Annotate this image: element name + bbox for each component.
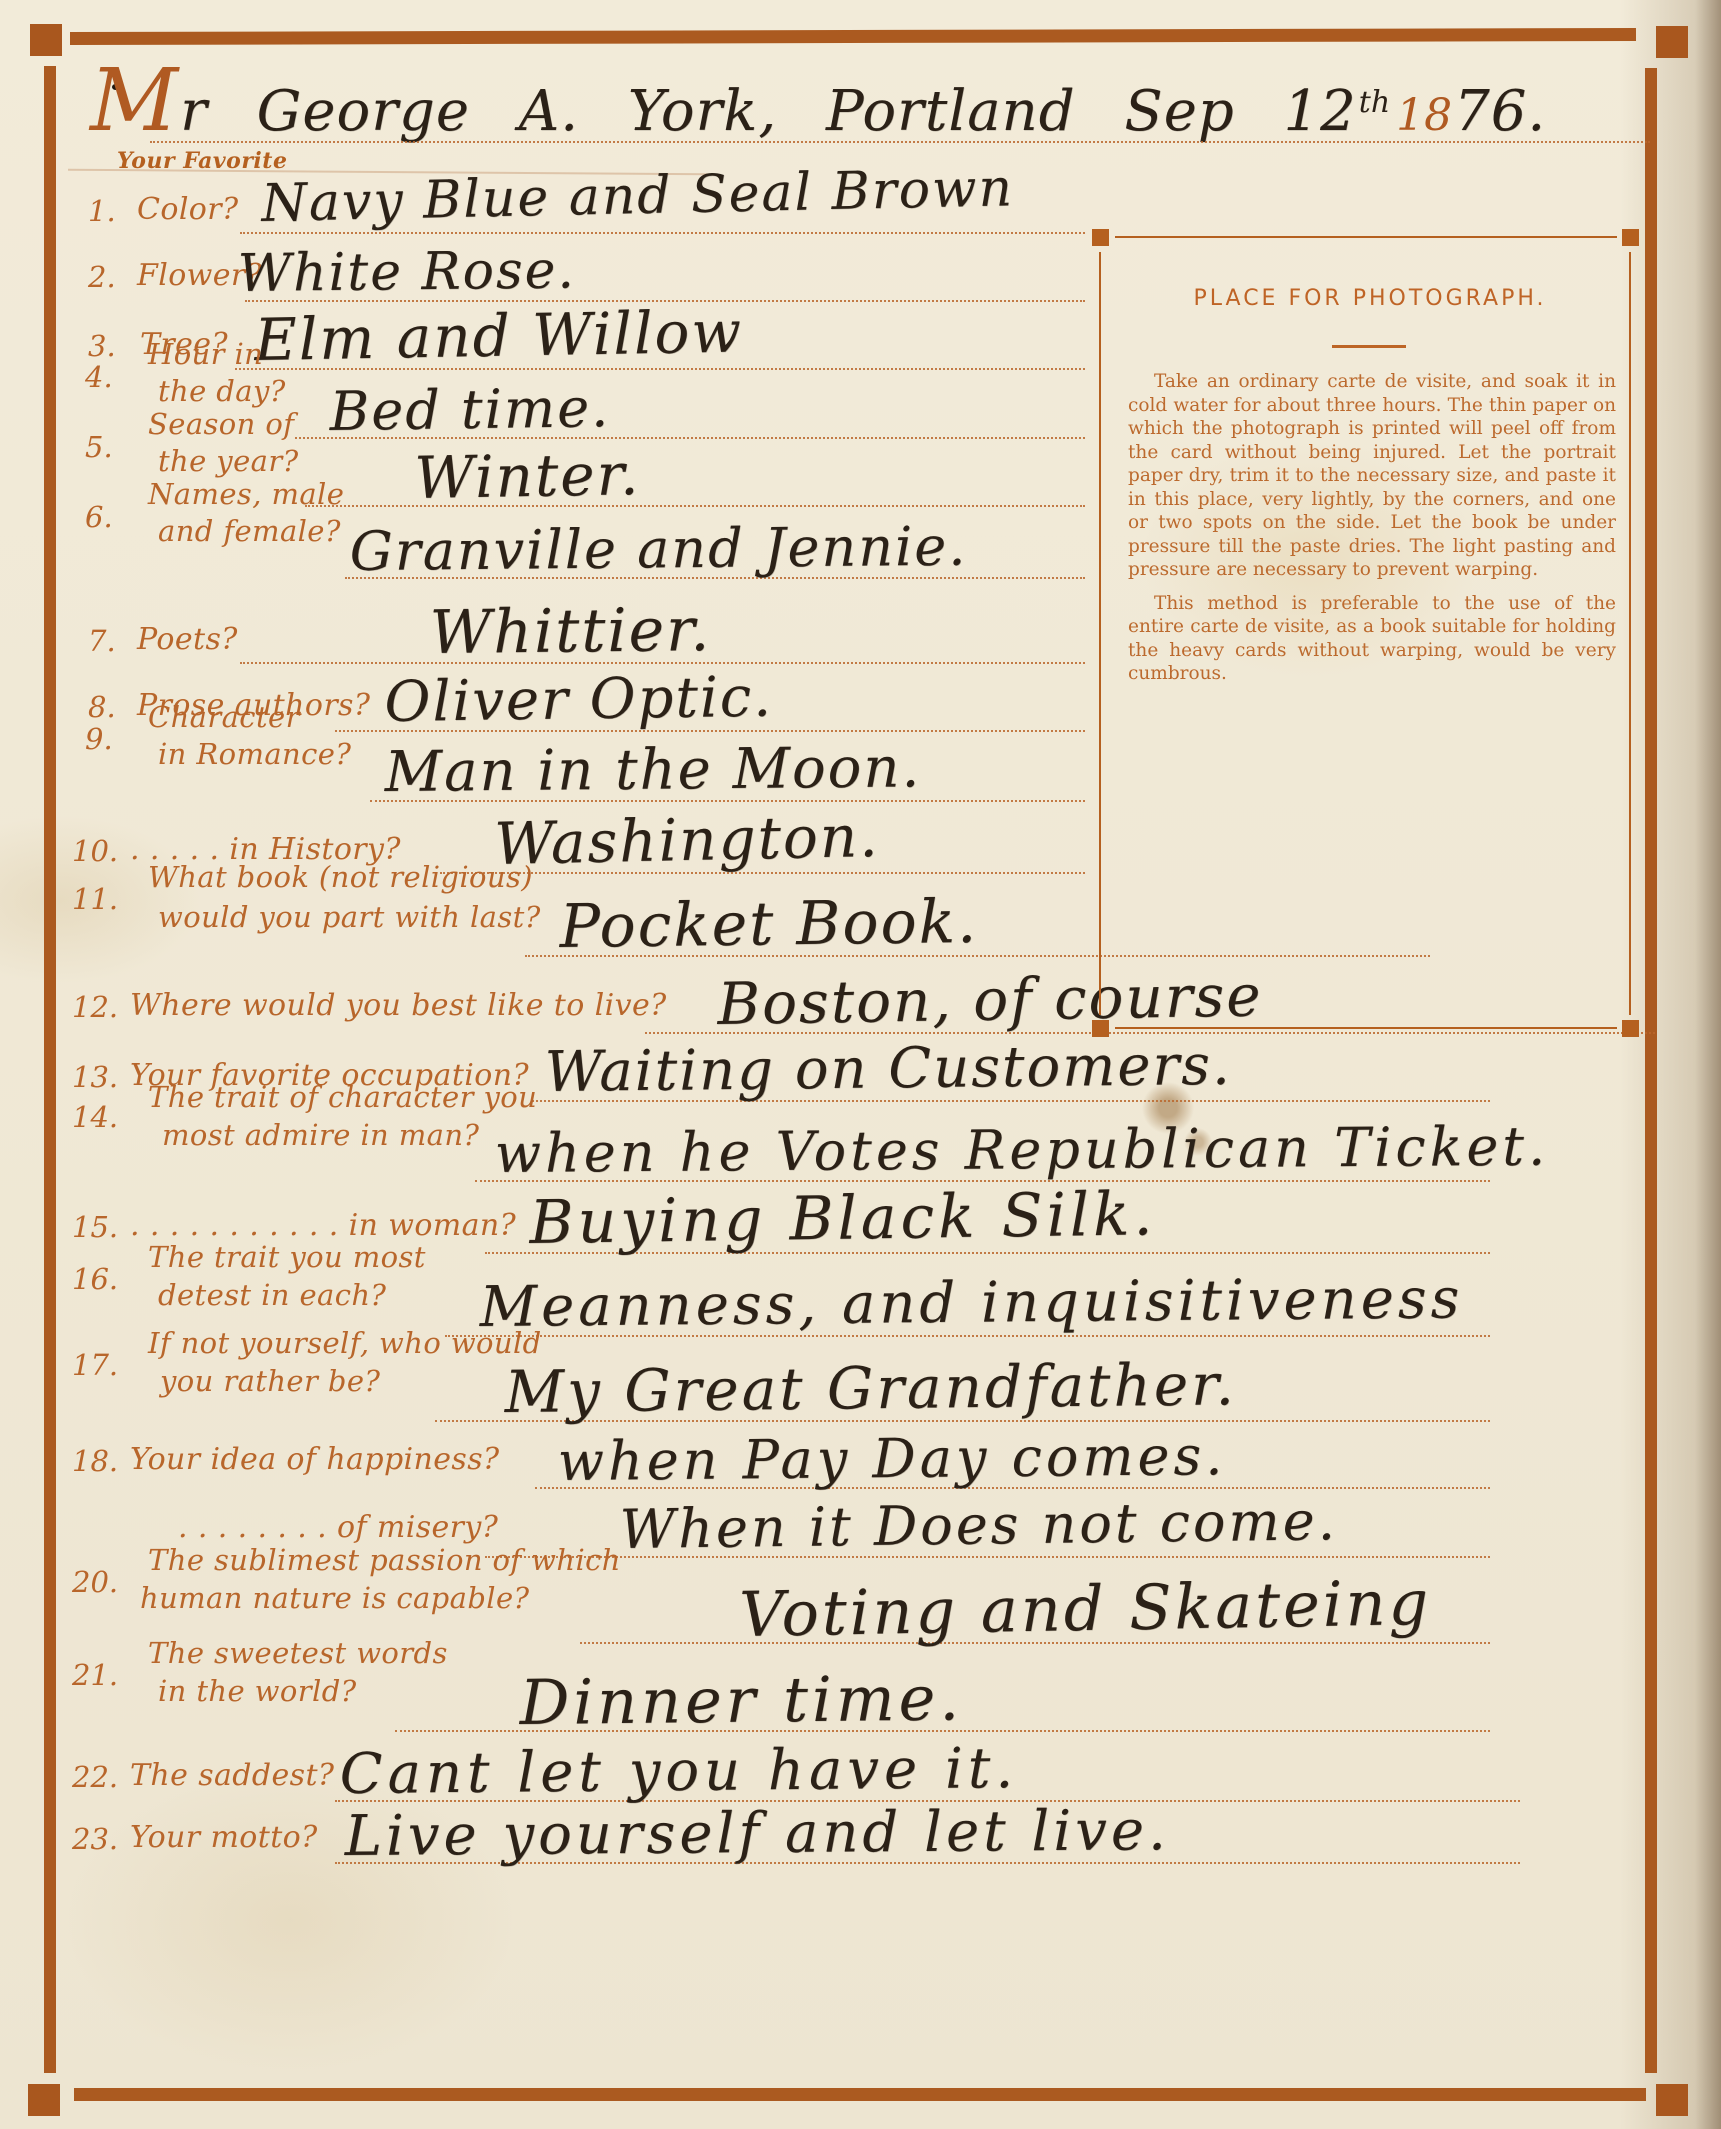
handwritten-answer: Washington.	[494, 802, 881, 878]
handwritten-answer: Oliver Optic.	[384, 665, 773, 735]
question-label-line1: If not yourself, who would	[148, 1326, 542, 1360]
question-number: 8.	[88, 690, 116, 724]
question-number: 12.	[72, 990, 118, 1024]
question-label: The saddest?	[130, 1758, 334, 1793]
photo-box-paragraph-2: This method is preferable to the use of …	[1128, 592, 1616, 686]
question-label-line1: Character	[148, 700, 300, 734]
handwritten-answer: Granville and Jennie.	[349, 515, 967, 583]
page-frame-top	[70, 28, 1636, 45]
favorite-label: Your Favorite	[117, 148, 287, 174]
question-label-line1: Names, male	[148, 477, 344, 511]
question-label-line1: The trait of character you	[148, 1080, 537, 1114]
question-label-line2: in Romance?	[158, 737, 351, 771]
handwritten-answer: My Great Grandfather.	[504, 1350, 1237, 1426]
photo-box-instructions: Take an ordinary carte de visite, and so…	[1128, 370, 1616, 696]
header-owner-line: M r George A. York, Portland Sep 12 th 1…	[90, 58, 1546, 144]
handwritten-answer: Waiting on Customers.	[544, 1033, 1232, 1105]
page-frame-right	[1645, 68, 1657, 2073]
handwritten-answer: Navy Blue and Seal Brown	[261, 158, 1015, 234]
photo-box-corner-bl	[1092, 1020, 1109, 1037]
question-label: . . . . . . . . . . . in woman?	[130, 1208, 516, 1243]
question-label-line1: Season of	[148, 407, 294, 441]
question-label: Color?	[137, 192, 239, 227]
question-label-line2: you rather be?	[160, 1364, 380, 1398]
header-printed-initial: M	[90, 58, 178, 144]
photo-box-border-top	[1115, 236, 1617, 238]
handwritten-answer: Voting and Skateing	[739, 1566, 1432, 1651]
question-label-line2: the year?	[158, 444, 299, 478]
photo-box-border-left	[1099, 252, 1101, 1015]
question-number: 7.	[88, 624, 116, 658]
handwritten-answer: Whittier.	[429, 595, 711, 668]
photo-box-corner-br	[1622, 1020, 1639, 1037]
question-number: 1.	[88, 194, 116, 228]
handwritten-answer: Pocket Book.	[559, 887, 978, 962]
question-number: 21.	[72, 1658, 118, 1692]
question-number: 22.	[72, 1760, 118, 1794]
question-label-line2: detest in each?	[158, 1278, 386, 1312]
question-label-line2: and female?	[158, 514, 341, 548]
question-number: 18.	[72, 1444, 118, 1478]
handwritten-answer: Meanness, and inquisitiveness	[479, 1266, 1463, 1340]
question-number: 23.	[72, 1822, 118, 1856]
question-number: 6.	[85, 500, 113, 534]
header-answer-line	[150, 141, 1650, 143]
question-number: 16.	[72, 1262, 118, 1296]
handwritten-answer: Buying Black Silk.	[529, 1179, 1157, 1258]
handwritten-answer: when he Votes Republican Ticket.	[495, 1115, 1550, 1185]
header-year-printed: 18	[1396, 90, 1452, 141]
question-label: Poets?	[137, 622, 238, 657]
question-label: Your idea of happiness?	[130, 1442, 500, 1477]
header-date-superscript: th	[1359, 85, 1390, 120]
handwritten-answer: Man in the Moon.	[384, 735, 921, 805]
question-number: 13.	[72, 1060, 118, 1094]
question-label-line1: The trait you most	[148, 1240, 426, 1274]
question-label-line2: most admire in man?	[162, 1118, 479, 1152]
handwritten-answer: When it Does not come.	[619, 1489, 1338, 1561]
question-number: 20.	[72, 1565, 118, 1599]
page-frame-corner-bl	[28, 2084, 60, 2116]
handwritten-answer: Live yourself and let live.	[345, 1798, 1170, 1869]
question-number: 5.	[85, 430, 113, 464]
page-frame-corner-br	[1656, 2084, 1688, 2116]
answer-line	[240, 232, 1085, 234]
question-number: 15.	[72, 1210, 118, 1244]
photo-box-title: PLACE FOR PHOTOGRAPH.	[1100, 286, 1640, 311]
question-number: 2.	[88, 260, 116, 294]
photo-box-corner-tr	[1622, 229, 1639, 246]
question-number: 3.	[88, 329, 116, 363]
handwritten-answer: White Rose.	[237, 240, 576, 304]
handwritten-answer: Elm and Willow	[254, 297, 744, 374]
question-number: 14.	[72, 1100, 118, 1134]
page-frame-corner-tr	[1656, 26, 1688, 58]
question-number: 11.	[72, 882, 118, 916]
question-label: Your motto?	[130, 1820, 318, 1855]
question-number: 9.	[85, 722, 113, 756]
page-frame-bottom	[74, 2088, 1646, 2101]
question-label-line2: human nature is capable?	[140, 1581, 530, 1615]
handwritten-answer: Cant let you have it.	[339, 1736, 1018, 1807]
question-label-line2: the day?	[158, 374, 286, 408]
question-label-line1: What book (not religious)	[148, 860, 533, 894]
question-label-line2: in the world?	[158, 1674, 357, 1708]
handwritten-answer: Dinner time.	[519, 1661, 963, 1739]
photo-box-paragraph-1: Take an ordinary carte de visite, and so…	[1128, 370, 1616, 582]
photo-box-corner-tl	[1092, 229, 1109, 246]
photo-box-divider	[1332, 345, 1406, 348]
question-label: . . . . . . . . of misery?	[178, 1510, 498, 1545]
handwritten-answer: Winter.	[414, 440, 641, 512]
question-label-line2: would you part with last?	[158, 900, 541, 934]
photo-box-border-right	[1629, 252, 1631, 1015]
question-label-line1: The sweetest words	[148, 1636, 448, 1670]
page-frame-corner-tl	[30, 24, 62, 56]
question-label: Where would you best like to live?	[130, 988, 667, 1023]
question-label-line1: Hour in	[148, 337, 263, 371]
handwritten-answer: when Pay Day comes.	[557, 1424, 1226, 1493]
header-handwritten-name: r George A. York, Portland Sep 12	[180, 79, 1357, 144]
page-frame-left	[44, 66, 56, 2073]
question-label-line1: The sublimest passion of which	[148, 1543, 621, 1577]
question-number: 4.	[85, 360, 113, 394]
handwritten-answer: Bed time.	[329, 376, 611, 443]
header-year-handwritten: 76.	[1454, 79, 1546, 144]
question-number: 17.	[72, 1348, 118, 1382]
album-page: M r George A. York, Portland Sep 12 th 1…	[0, 0, 1721, 2129]
question-number: 10.	[72, 834, 118, 868]
photo-box-border-bottom	[1115, 1027, 1617, 1029]
